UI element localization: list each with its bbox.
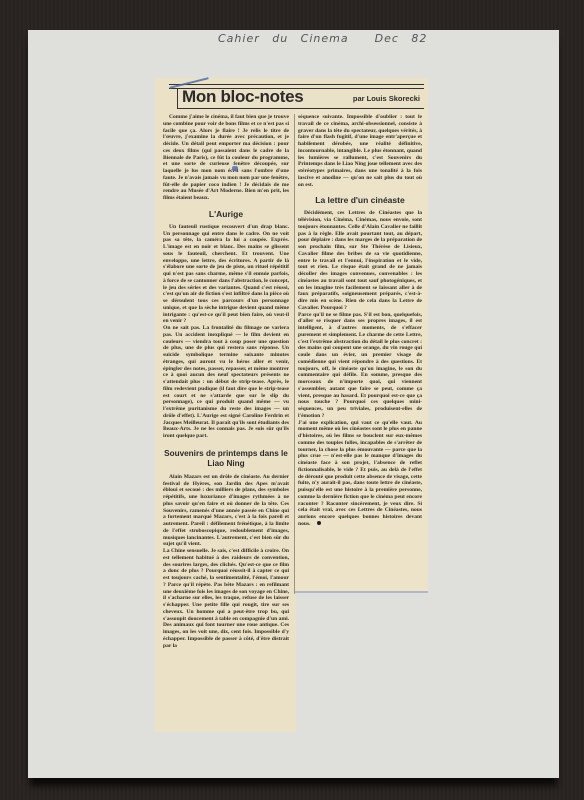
intro-paragraph: Comme j'aime le cinéma, il faut bien que… xyxy=(163,114,289,202)
section-paragraph-continued: séquence suivante. Impossible d'oublier … xyxy=(298,114,422,188)
section-paragraph: Un fauteuil rustique recouvert d'un drap… xyxy=(163,224,289,325)
handwritten-date: Dec 82 xyxy=(375,32,428,45)
closing-paragraph-text: J'ai une explication, qui vaut ce qu'ell… xyxy=(298,420,422,527)
end-of-article-bullet xyxy=(317,521,321,525)
section-paragraph: On ne sait pas. La frontalité du filmage… xyxy=(163,325,289,440)
header-rule xyxy=(169,84,424,85)
section-heading: La lettre d'un cinéaste xyxy=(298,195,422,205)
handwritten-publication: Cahier du Cinema xyxy=(218,32,349,45)
article-title: Mon bloc-notes xyxy=(182,87,303,107)
column-separator xyxy=(294,114,295,594)
section-paragraph: Décidément, ces Lettres de Cinéastes que… xyxy=(298,210,422,311)
section-paragraph: Alain Mazars est un drôle de cinéaste. A… xyxy=(163,474,289,548)
section-paragraph: J'ai une explication, qui vaut ce qu'ell… xyxy=(298,420,422,528)
article-header: Mon bloc-notes par Louis Skorecki xyxy=(155,78,428,110)
title-box: Mon bloc-notes par Louis Skorecki xyxy=(177,88,424,109)
section-heading: L'Aurige xyxy=(163,209,289,219)
article-column-left: Comme j'aime le cinéma, il faut bien que… xyxy=(163,114,289,649)
article-byline: par Louis Skorecki xyxy=(353,94,420,103)
article-column-right: séquence suivante. Impossible d'oublier … xyxy=(298,114,422,528)
section-paragraph: Parce qu'il ne se filme pas. S'il est bo… xyxy=(298,312,422,420)
section-paragraph: La Chine sensuelle. Je sais, c'est diffi… xyxy=(163,548,289,649)
section-heading: Souvenirs de printemps dans le Liao Ning xyxy=(163,449,289,469)
handwritten-annotation: Cahier du CinemaDec 82 xyxy=(218,32,427,45)
ink-smudge xyxy=(232,166,238,171)
